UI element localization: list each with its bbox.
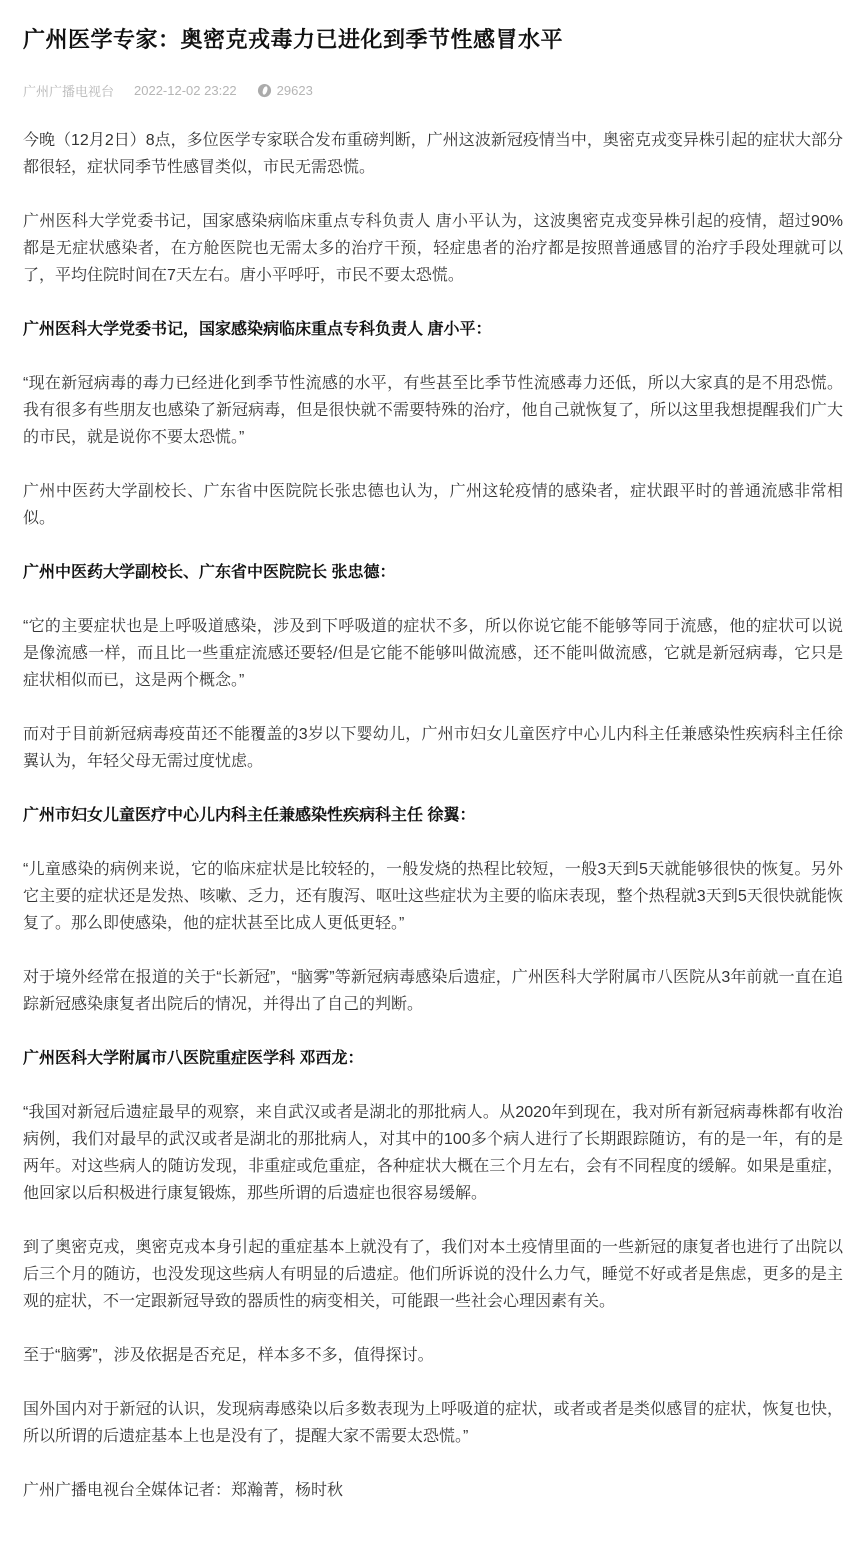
article-meta: 广州广播电视台 2022-12-02 23:22 29623 (23, 81, 843, 100)
article-source: 广州广播电视台 (23, 81, 114, 100)
article-body: 今晚（12月2日）8点，多位医学专家联合发布重磅判断，广州这波新冠疫情当中，奥密… (23, 127, 843, 1504)
article-paragraph: 广州广播电视台全媒体记者：郑瀚菁，杨时秋 (23, 1477, 843, 1504)
speaker-heading: 广州医科大学附属市八医院重症医学科 邓西龙： (23, 1045, 843, 1072)
article-paragraph: “我国对新冠后遗症最早的观察，来自武汉或者是湖北的那批病人。从2020年到现在，… (23, 1099, 843, 1207)
article-paragraph: 到了奥密克戎，奥密克戎本身引起的重症基本上就没有了，我们对本土疫情里面的一些新冠… (23, 1234, 843, 1315)
article-paragraph: 今晚（12月2日）8点，多位医学专家联合发布重磅判断，广州这波新冠疫情当中，奥密… (23, 127, 843, 181)
view-count: 29623 (257, 83, 313, 98)
speaker-heading: 广州医科大学党委书记，国家感染病临床重点专科负责人 唐小平： (23, 316, 843, 343)
article-paragraph: 广州中医药大学副校长、广东省中医院院长张忠德也认为，广州这轮疫情的感染者，症状跟… (23, 478, 843, 532)
article-paragraph: “现在新冠病毒的毒力已经进化到季节性流感的水平，有些甚至比季节性流感毒力还低，所… (23, 370, 843, 451)
article-paragraph: 国外国内对于新冠的认识，发现病毒感染以后多数表现为上呼吸道的症状，或者或者是类似… (23, 1396, 843, 1450)
speaker-heading: 广州中医药大学副校长、广东省中医院院长 张忠德： (23, 559, 843, 586)
article-paragraph: 而对于目前新冠病毒疫苗还不能覆盖的3岁以下婴幼儿，广州市妇女儿童医疗中心儿内科主… (23, 721, 843, 775)
article-paragraph: 广州医科大学党委书记，国家感染病临床重点专科负责人 唐小平认为，这波奥密克戎变异… (23, 208, 843, 289)
speaker-heading: 广州市妇女儿童医疗中心儿内科主任兼感染性疾病科主任 徐翼： (23, 802, 843, 829)
article-paragraph: 对于境外经常在报道的关于“长新冠”，“脑雾”等新冠病毒感染后遗症，广州医科大学附… (23, 964, 843, 1018)
article-paragraph: “它的主要症状也是上呼吸道感染，涉及到下呼吸道的症状不多，所以你说它能不能够等同… (23, 613, 843, 694)
article-title: 广州医学专家：奥密克戎毒力已进化到季节性感冒水平 (23, 24, 843, 56)
article-page: 广州医学专家：奥密克戎毒力已进化到季节性感冒水平 广州广播电视台 2022-12… (0, 0, 866, 1548)
article-datetime: 2022-12-02 23:22 (134, 83, 237, 98)
article-paragraph: 至于“脑雾”，涉及依据是否充足，样本多不多，值得探讨。 (23, 1342, 843, 1369)
article-paragraph: “儿童感染的病例来说，它的临床症状是比较轻的，一般发烧的热程比较短，一般3天到5… (23, 856, 843, 937)
eye-icon (257, 83, 272, 98)
view-count-value: 29623 (277, 83, 313, 98)
